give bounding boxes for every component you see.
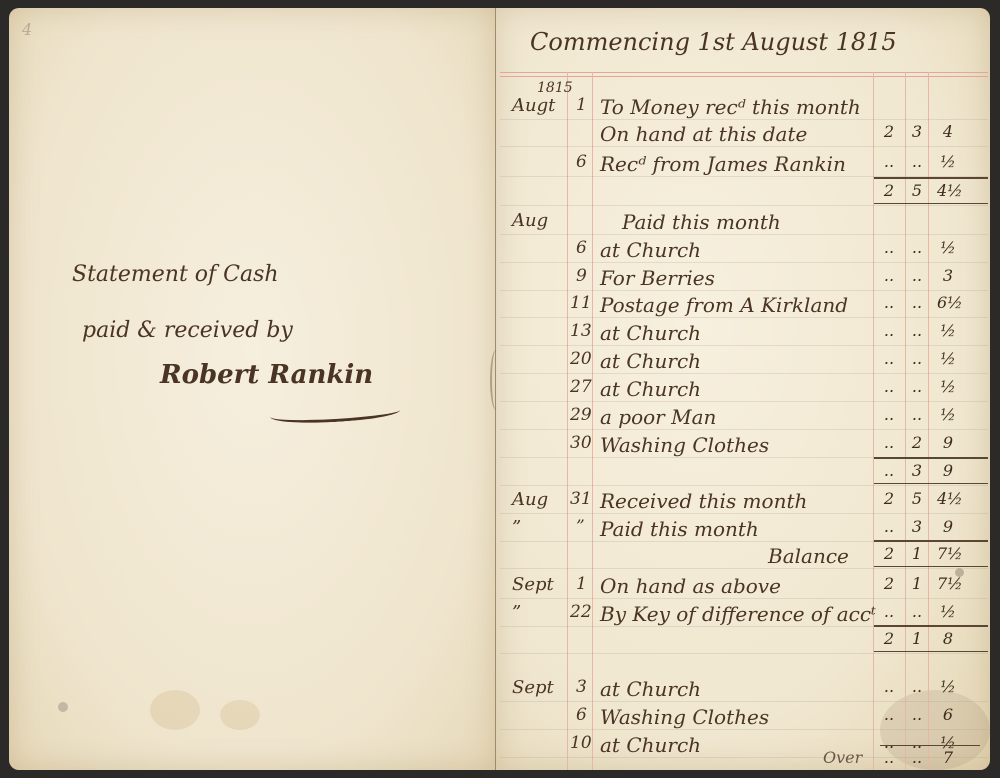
entry-pence: 4½: [937, 489, 959, 508]
ruled-line: [500, 205, 988, 206]
sum-line: [874, 483, 988, 484]
entry-description: at Church: [600, 377, 701, 401]
entry-pence: 4½: [937, 181, 959, 200]
entry-description: For Berries: [600, 266, 715, 290]
entry-pence: 8: [937, 629, 959, 648]
stain: [220, 700, 260, 730]
entry-description: Paid this month: [622, 210, 781, 234]
entry-day: 13: [570, 321, 592, 341]
stain: [58, 702, 68, 712]
entry-pence: 4: [937, 122, 959, 141]
entry-month: ”: [512, 602, 521, 623]
entry-pence: 3: [937, 266, 959, 285]
entry-pounds: ..: [878, 266, 900, 285]
entry-shillings: 3: [906, 517, 928, 536]
entry-shillings: ..: [906, 677, 928, 696]
entry-day: 1: [576, 95, 587, 115]
entry-description: Postage from A Kirkland: [600, 293, 848, 317]
entry-shillings: ..: [906, 602, 928, 621]
entry-description: On hand as above: [600, 574, 781, 598]
entry-shillings: ..: [906, 293, 928, 312]
statement-title-line1: Statement of Cash: [72, 262, 279, 287]
entry-pounds: 2: [878, 181, 900, 200]
ruled-line: [500, 568, 988, 569]
entry-pounds: ..: [878, 461, 900, 480]
entry-description: Balance: [768, 544, 849, 568]
entry-pounds: 2: [878, 574, 900, 593]
entry-pounds: ..: [878, 152, 900, 171]
ruled-line: [500, 401, 988, 402]
statement-title-line2: paid & received by: [82, 318, 293, 343]
entry-day: 11: [570, 293, 592, 313]
entry-pence: 9: [937, 433, 959, 452]
ruled-line: [500, 119, 988, 120]
ruled-line: [500, 485, 988, 486]
entry-day: 27: [570, 377, 592, 397]
stain: [150, 690, 200, 730]
entry-pence: ½: [937, 349, 959, 368]
entry-day: 10: [570, 733, 592, 753]
entry-day: 20: [570, 349, 592, 369]
ruled-line: [500, 146, 988, 147]
header-rule: [500, 76, 988, 77]
carry-over-pence: 7: [937, 748, 959, 767]
sum-line: [880, 745, 980, 746]
carry-over-label: Over: [823, 748, 862, 767]
sum-line: [874, 177, 988, 179]
entry-shillings: ..: [906, 405, 928, 424]
entry-description: To Money recᵈ this month: [600, 95, 861, 119]
entry-pounds: 2: [878, 629, 900, 648]
entry-description: at Church: [600, 733, 701, 757]
entry-day: 9: [576, 266, 587, 286]
entry-month: Aug: [512, 210, 548, 231]
sum-line: [874, 625, 988, 627]
entry-description: Received this month: [600, 489, 807, 513]
entry-description: a poor Man: [600, 405, 716, 429]
entry-shillings: 3: [906, 461, 928, 480]
sum-line: [874, 566, 988, 567]
entry-description: Washing Clothes: [600, 433, 769, 457]
entry-description: Paid this month: [600, 517, 759, 541]
carry-over-pounds: ..: [878, 748, 900, 767]
entry-shillings: ..: [906, 321, 928, 340]
sum-line: [874, 651, 988, 652]
ruled-line: [500, 317, 988, 318]
entry-day: ”: [576, 517, 585, 537]
entry-pounds: 2: [878, 544, 900, 563]
entry-shillings: 1: [906, 544, 928, 563]
entry-pounds: ..: [878, 602, 900, 621]
entry-shillings: 5: [906, 489, 928, 508]
entry-shillings: 5: [906, 181, 928, 200]
sum-line: [874, 203, 988, 204]
page-corner-mark: 4: [22, 20, 32, 39]
carry-over-shillings: ..: [906, 748, 928, 767]
entry-pounds: ..: [878, 517, 900, 536]
entry-shillings: ..: [906, 349, 928, 368]
entry-pounds: ..: [878, 238, 900, 257]
entry-day: 6: [576, 705, 587, 725]
entry-shillings: 2: [906, 433, 928, 452]
entry-pence: 7½: [937, 544, 959, 563]
entry-pounds: ..: [878, 321, 900, 340]
entry-pence: 6½: [937, 293, 959, 312]
entry-month: Sept: [512, 574, 554, 595]
entry-month: ”: [512, 517, 521, 538]
entry-pence: 9: [937, 517, 959, 536]
entry-day: 3: [576, 677, 587, 697]
ruled-line: [500, 513, 988, 514]
signature: Robert Rankin: [160, 360, 373, 390]
entry-shillings: ..: [906, 266, 928, 285]
ruled-line: [500, 373, 988, 374]
ruled-line: [500, 701, 988, 702]
entry-shillings: 3: [906, 122, 928, 141]
entry-shillings: 1: [906, 629, 928, 648]
entry-day: 22: [570, 602, 592, 622]
ruled-line: [500, 290, 988, 291]
entry-month: Aug: [512, 489, 548, 510]
ruled-line: [500, 429, 988, 430]
entry-description: On hand at this date: [600, 122, 807, 146]
entry-pounds: ..: [878, 293, 900, 312]
entry-pounds: ..: [878, 405, 900, 424]
entry-pence: ½: [937, 377, 959, 396]
entry-pounds: ..: [878, 433, 900, 452]
entry-pence: 7½: [937, 574, 959, 593]
entry-shillings: ..: [906, 705, 928, 724]
entry-shillings: ..: [906, 377, 928, 396]
entry-day: 31: [570, 489, 592, 509]
entry-description: at Church: [600, 238, 701, 262]
header-rule: [500, 72, 988, 73]
entry-month: Sept: [512, 677, 554, 698]
entry-description: at Church: [600, 321, 701, 345]
ruled-line: [500, 598, 988, 599]
entry-description: Washing Clothes: [600, 705, 769, 729]
entry-shillings: ..: [906, 238, 928, 257]
entry-shillings: ..: [906, 152, 928, 171]
sum-line: [874, 457, 988, 459]
entry-month: Augt: [512, 95, 555, 116]
entry-day: 30: [570, 433, 592, 453]
entry-pounds: 2: [878, 122, 900, 141]
ledger-heading: Commencing 1st August 1815: [530, 28, 897, 56]
entry-pounds: ..: [878, 677, 900, 696]
ledger-year: 1815: [537, 80, 573, 96]
entry-description: By Key of difference of accᵗ: [600, 602, 876, 626]
entry-pence: 6: [937, 705, 959, 724]
entry-pounds: ..: [878, 705, 900, 724]
entry-pence: ½: [937, 238, 959, 257]
ruled-line: [500, 262, 988, 263]
ruled-line: [500, 345, 988, 346]
entry-pence: 9: [937, 461, 959, 480]
entry-pounds: 2: [878, 489, 900, 508]
entry-pence: ½: [937, 677, 959, 696]
entry-day: 1: [576, 574, 587, 594]
entry-day: 6: [576, 238, 587, 258]
entry-pounds: ..: [878, 377, 900, 396]
entry-day: 6: [576, 152, 587, 172]
entry-pence: ½: [937, 152, 959, 171]
entry-day: 29: [570, 405, 592, 425]
sum-line: [874, 540, 988, 542]
entry-pence: ½: [937, 602, 959, 621]
entry-pounds: ..: [878, 349, 900, 368]
entry-description: at Church: [600, 349, 701, 373]
entry-description: Recᵈ from James Rankin: [600, 152, 846, 176]
ruled-line: [500, 729, 988, 730]
ruled-line: [500, 653, 988, 654]
ruled-line: [500, 234, 988, 235]
entry-description: at Church: [600, 677, 701, 701]
entry-pence: ½: [937, 405, 959, 424]
entry-shillings: 1: [906, 574, 928, 593]
entry-pence: ½: [937, 321, 959, 340]
